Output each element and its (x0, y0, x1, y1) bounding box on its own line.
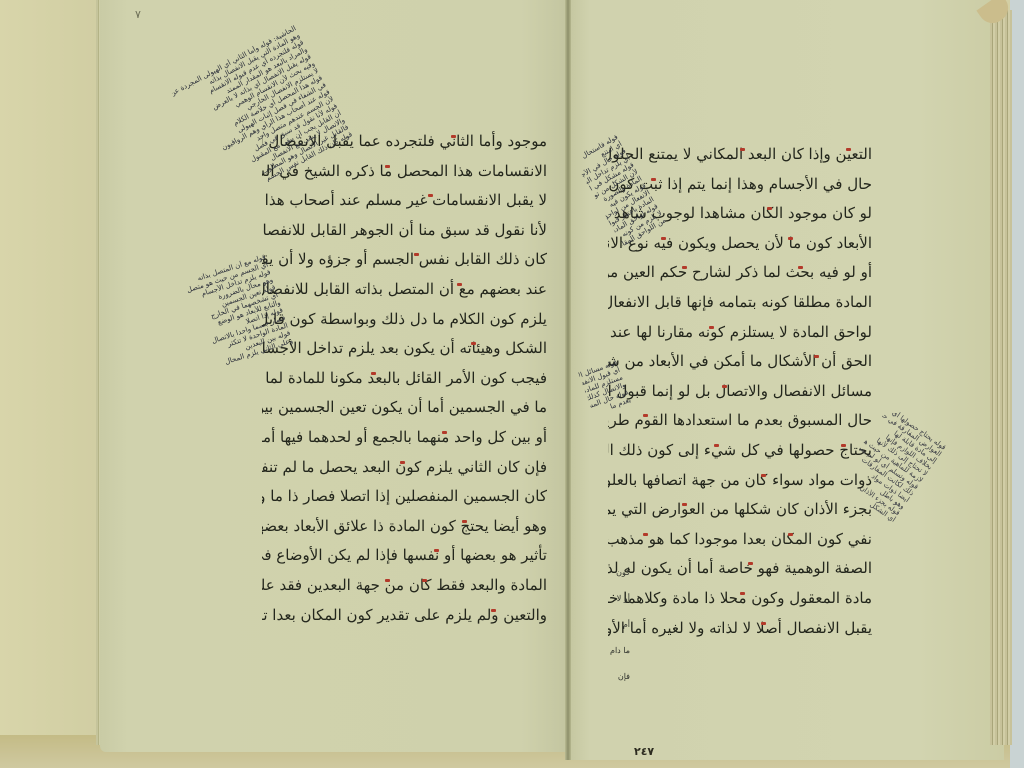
rubric-overline (462, 520, 467, 523)
rubric-overline (385, 579, 390, 582)
rubric-overline (371, 372, 376, 375)
rubric-overline (722, 385, 727, 388)
rubric-overline (491, 609, 496, 612)
left-text-line: وهو أيضا يحتج كون المادة ذا علائق الأبعا… (262, 512, 547, 542)
rubric-overline (385, 165, 390, 168)
right-text-line-text: يحتاج حصولها في كل شيء إلى كون ذلك الشيء… (608, 436, 872, 465)
right-text-line: الحق أن الأشكال ما أمكن في الأبعاد من شك… (608, 347, 872, 377)
right-text-line: يحتاج حصولها في كل شيء إلى كون ذلك الشيء… (608, 436, 872, 466)
right-text-line-text: يقبل الانفصال أصلا لا لذاته ولا لغيره أم… (608, 614, 872, 643)
left-text-line-text: فيجب كون الأمر القائل بالبعد مكونا للماد… (262, 364, 547, 393)
rubric-overline (434, 549, 439, 552)
left-text-line: كان الجسمين المنفصلين إذا اتصلا فصار ذا … (262, 482, 547, 512)
left-text-line: أو بين كل واحد منهما بالجمع أو لحدهما في… (262, 423, 547, 453)
folio-mark: ٧ (135, 8, 141, 21)
corner-note: ما دام (600, 638, 630, 664)
left-main-text: موجود وأما الثاني فلتجرده عما يقبل الانف… (262, 127, 547, 630)
book-gutter (565, 0, 571, 760)
rubric-overline (682, 503, 687, 506)
left-text-line-text: كان الجسمين المنفصلين إذا اتصلا فصار ذا … (262, 482, 547, 511)
left-text-line-text: أو بين كل واحد منهما بالجمع أو لحدهما في… (262, 423, 547, 452)
rubric-overline (846, 148, 851, 151)
rubric-overline (814, 355, 819, 358)
left-text-line-text: والتعين ولم يلزم على تقدير كون المكان بع… (262, 601, 547, 630)
rubric-overline (841, 444, 846, 447)
left-text-line-text: لا يقبل الانقسامات غير مسلم عند أصحاب هذ… (262, 186, 547, 215)
rubric-overline (442, 431, 447, 434)
left-text-line: الشكل وهيئاته أن يكون بعد يلزم تداخل الأ… (262, 334, 547, 364)
right-text-line-text: المادة مطلقا كونه بتمامه فإنها قابل الان… (608, 288, 872, 317)
right-text-line-text: التعين وإذا كان البعد المكاني لا يمتنع ا… (608, 140, 872, 169)
right-text-line: حال المسبوق بعدم ما استعدادها القوم طريق… (608, 406, 872, 436)
right-text-line-text: بجزء الأذان كان شكلها من العوارض التي يم… (608, 495, 872, 524)
left-text-line: لا يقبل الانقسامات غير مسلم عند أصحاب هذ… (262, 186, 547, 216)
left-text-line-text: يلزم كون الكلام ما دل ذلك وبواسطة كون قا… (262, 305, 547, 334)
rubric-overline (761, 622, 766, 625)
right-text-line: ذوات مواد سواء كان من جهة اتصافها بالعلو… (608, 466, 872, 496)
right-text-line-text: مادة المعقول وكون محلا ذا مادة وكلاهما خ… (608, 584, 872, 613)
right-text-line-text: أو لو فيه بحث لما ذكر لشارح حكم العين من… (608, 258, 872, 287)
right-text-line-text: الحق أن الأشكال ما أمكن في الأبعاد من شك… (608, 347, 872, 376)
rubric-overline (471, 342, 476, 345)
left-text-line: تأثير هو بعضها أو نفسها فإذا لم يكن الأو… (262, 541, 547, 571)
right-text-line: مادة المعقول وكون محلا ذا مادة وكلاهما خ… (608, 584, 872, 614)
background-surface (0, 0, 110, 768)
rubric-overline (643, 414, 648, 417)
left-text-line-text: ما في الجسمين أما أن يكون تعين الجسمين ب… (262, 393, 547, 422)
rubric-overline (788, 533, 793, 536)
background-right (1010, 0, 1024, 768)
right-text-line: يقبل الانفصال أصلا لا لذاته ولا لغيره أم… (608, 614, 872, 644)
left-text-line-text: عند بعضهم مع أن المتصل بذاته القابل للان… (262, 275, 547, 304)
left-text-line-text: المادة والبعد فقط كان من جهة البعدين فقد… (262, 571, 547, 600)
rubric-overline (761, 474, 766, 477)
right-text-line-text: ذوات مواد سواء كان من جهة اتصافها بالعلو… (608, 466, 872, 495)
rubric-overline (740, 148, 745, 151)
right-text-line: نفي كون المكان بعدا موجودا كما هو مذهب أ… (608, 525, 872, 555)
rubric-overline (651, 178, 656, 181)
left-text-line-text: كان ذلك القابل نفس الجسم أو جزؤه ولا أن … (262, 245, 547, 274)
rubric-overline (788, 237, 793, 240)
right-text-line-text: مسائل الانفصال والاتصال بل لو إنما قبول … (608, 377, 872, 406)
rubric-overline (748, 562, 753, 565)
rubric-overline (400, 461, 405, 464)
right-text-line: بجزء الأذان كان شكلها من العوارض التي يم… (608, 495, 872, 525)
left-text-line-text: لأنا نقول قد سبق منا أن الجوهر القابل لل… (262, 216, 547, 245)
left-text-line: ما في الجسمين أما أن يكون تعين الجسمين ب… (262, 393, 547, 423)
left-text-line: يلزم كون الكلام ما دل ذلك وبواسطة كون قا… (262, 305, 547, 335)
rubric-overline (428, 194, 433, 197)
left-text-line: المادة والبعد فقط كان من جهة البعدين فقد… (262, 571, 547, 601)
right-text-line: لواحق المادة لا يستلزم كونه مقارنا لها ع… (608, 318, 872, 348)
rubric-overline (740, 592, 745, 595)
left-text-line: لأنا نقول قد سبق منا أن الجوهر القابل لل… (262, 216, 547, 246)
rubric-overline (414, 253, 419, 256)
rubric-overline (714, 444, 719, 447)
right-page-edges (990, 10, 1012, 745)
right-text-line: أو لو فيه بحث لما ذكر لشارح حكم العين من… (608, 258, 872, 288)
left-text-line-text: وهو أيضا يحتج كون المادة ذا علائق الأبعا… (262, 512, 547, 541)
left-text-line: كان ذلك القابل نفس الجسم أو جزؤه ولا أن … (262, 245, 547, 275)
rubric-overline (709, 326, 714, 329)
left-text-line: والتعين ولم يلزم على تقدير كون المكان بع… (262, 601, 547, 631)
right-text-line: مسائل الانفصال والاتصال بل لو إنما قبول … (608, 377, 872, 407)
left-text-line-text: فإن كان الثاني يلزم كون البعد يحصل ما لم… (262, 453, 547, 482)
rubric-overline (451, 135, 456, 138)
left-text-line: عند بعضهم مع أن المتصل بذاته القابل للان… (262, 275, 547, 305)
left-text-line-text: تأثير هو بعضها أو نفسها فإذا لم يكن الأو… (262, 541, 547, 570)
right-corner-notes: كونأو لاأمما دامفإن (600, 560, 630, 690)
right-text-line-text: لواحق المادة لا يستلزم كونه مقارنا لها ع… (608, 318, 872, 347)
left-text-line-text: الشكل وهيئاته أن يكون بعد يلزم تداخل الأ… (262, 334, 547, 363)
corner-note: أو لا (600, 586, 630, 612)
right-text-line: الصفة الوهمية فهو خاصة أما أن يكون له لذ… (608, 554, 872, 584)
corner-note: أم (600, 612, 630, 638)
corner-note: كون (600, 560, 630, 586)
rubric-overline (767, 207, 772, 210)
rubric-overline (661, 237, 666, 240)
right-text-line-text: الصفة الوهمية فهو خاصة أما أن يكون له لذ… (608, 554, 872, 583)
rubric-overline (643, 533, 648, 536)
right-text-line: المادة مطلقا كونه بتمامه فإنها قابل الان… (608, 288, 872, 318)
left-text-line: فإن كان الثاني يلزم كون البعد يحصل ما لم… (262, 453, 547, 483)
page-number: ٢٤٧ (634, 745, 654, 758)
rubric-overline (422, 579, 427, 582)
left-text-line: فيجب كون الأمر القائل بالبعد مكونا للماد… (262, 364, 547, 394)
right-text-line: التعين وإذا كان البعد المكاني لا يمتنع ا… (608, 140, 872, 170)
right-text-line-text: نفي كون المكان بعدا موجودا كما هو مذهب أ… (608, 525, 872, 554)
right-text-line-text: حال المسبوق بعدم ما استعدادها القوم طريق… (608, 406, 872, 435)
rubric-overline (457, 283, 462, 286)
corner-note: فإن (600, 664, 630, 690)
